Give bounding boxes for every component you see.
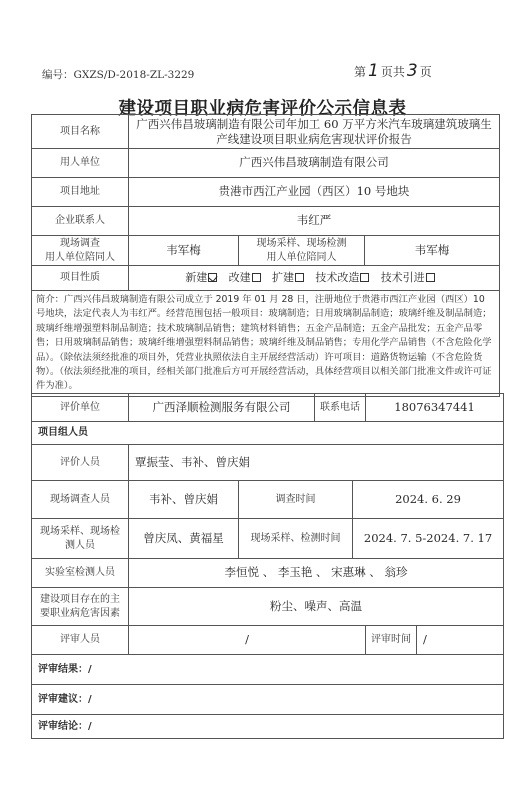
checkbox-checked-icon[interactable] [208, 273, 217, 282]
option-tech-upgrade[interactable]: 技术改造 [315, 271, 369, 286]
escort-label-line1: 现场调查 [35, 237, 125, 251]
page-total: 3 [407, 61, 418, 81]
checkbox-empty-icon[interactable] [295, 273, 304, 282]
option-tech-import[interactable]: 技术引进 [381, 271, 435, 286]
nature-label: 项目性质 [32, 266, 129, 291]
address-label: 项目地址 [32, 178, 129, 207]
page-mid: 页共 [381, 65, 405, 79]
row-lab: 实验室检测人员 李恒悦 、 李玉艳 、 宋惠琳 、 翁珍 [32, 559, 504, 588]
sampling-escort-value: 韦军梅 [365, 236, 500, 266]
row-evaluators: 评价人员 覃振莹、韦补、曾庆娟 [32, 445, 504, 481]
page-current: 1 [368, 61, 379, 81]
address-value: 贵港市西江产业园（西区）10 号地块 [129, 178, 500, 207]
team-header: 项目组人员 [32, 422, 504, 445]
evaluator-value: 广西泽顺检测服务有限公司 [129, 394, 315, 422]
phone-value: 18076347441 [366, 394, 504, 422]
evaluators-value: 覃振莹、韦补、曾庆娟 [129, 445, 504, 481]
project-name-value: 广西兴伟昌玻璃制造有限公司年加工 60 万平方米汽车玻璃建筑玻璃生产线建设项目职… [129, 115, 500, 149]
survey-value: 韦补、曾庆娟 [129, 481, 239, 519]
row-project-name: 项目名称 广西兴伟昌玻璃制造有限公司年加工 60 万平方米汽车玻璃建筑玻璃生产线… [32, 115, 500, 149]
review-time-label: 评审时间 [366, 626, 417, 655]
project-name-label: 项目名称 [32, 115, 129, 149]
info-table-upper: 项目名称 广西兴伟昌玻璃制造有限公司年加工 60 万平方米汽车玻璃建筑玻璃生产线… [31, 114, 500, 397]
option-label: 扩建 [272, 271, 294, 284]
option-label: 改建 [229, 271, 251, 284]
nature-options: 新建 改建 扩建 技术改造 技术引进 [129, 266, 500, 291]
review-result: 评审结果：/ [32, 655, 504, 685]
sampling-escort-label-line2: 用人单位陪同人 [242, 251, 361, 265]
row-contact: 企业联系人 韦红严 [32, 207, 500, 236]
checkbox-empty-icon[interactable] [426, 273, 435, 282]
row-team-header: 项目组人员 [32, 422, 504, 445]
row-survey: 现场调查人员 韦补、曾庆娟 调查时间 2024. 6. 29 [32, 481, 504, 519]
option-label: 技术引进 [381, 271, 425, 284]
hazards-label-line2: 要职业病危害因素 [35, 607, 125, 621]
checkbox-empty-icon[interactable] [360, 273, 369, 282]
option-label: 技术改造 [315, 271, 359, 284]
sampling-escort-label-line1: 现场采样、现场检测 [242, 237, 361, 251]
sampling-escort-label: 现场采样、现场检测 用人单位陪同人 [239, 236, 365, 266]
escort-label: 现场调查 用人单位陪同人 [32, 236, 129, 266]
row-hazards: 建设项目存在的主 要职业病危害因素 粉尘、噪声、高温 [32, 588, 504, 626]
document-number-value: GXZS/D-2018-ZL-3229 [74, 69, 195, 81]
company-intro: 简介：广西兴伟昌玻璃制造有限公司成立于 2019 年 01 月 28 日，注册地… [32, 291, 500, 397]
escort-label-line2: 用人单位陪同人 [35, 251, 125, 265]
lab-label: 实验室检测人员 [32, 559, 129, 588]
row-evaluator: 评价单位 广西泽顺检测服务有限公司 联系电话 18076347441 [32, 394, 504, 422]
contact-value: 韦红严 [129, 207, 500, 236]
hazards-label: 建设项目存在的主 要职业病危害因素 [32, 588, 129, 626]
reviewer-value: / [129, 626, 366, 655]
option-new-build[interactable]: 新建 [185, 271, 217, 286]
info-table-lower: 评价单位 广西泽顺检测服务有限公司 联系电话 18076347441 项目组人员… [31, 393, 504, 739]
sampling-label-line1: 现场采样、现场检 [35, 525, 125, 539]
review-advice: 评审建议：/ [32, 685, 504, 715]
row-review-conclusion: 评审结论：/ [32, 715, 504, 739]
survey-time-value: 2024. 6. 29 [353, 481, 504, 519]
sampling-value: 曾庆凤、黄福星 [129, 519, 239, 559]
evaluator-label: 评价单位 [32, 394, 129, 422]
lab-value: 李恒悦 、 李玉艳 、 宋惠琳 、 翁珍 [129, 559, 504, 588]
document-number-label: 编号： [42, 69, 74, 81]
document-number: 编号：GXZS/D-2018-ZL-3229 [42, 67, 194, 82]
employer-label: 用人单位 [32, 149, 129, 178]
row-nature: 项目性质 新建 改建 扩建 技术改造 技术引进 [32, 266, 500, 291]
reviewer-label: 评审人员 [32, 626, 129, 655]
sampling-time-value: 2024. 7. 5-2024. 7. 17 [353, 519, 504, 559]
row-intro: 简介：广西兴伟昌玻璃制造有限公司成立于 2019 年 01 月 28 日，注册地… [32, 291, 500, 397]
survey-time-label: 调查时间 [239, 481, 353, 519]
review-conclusion: 评审结论：/ [32, 715, 504, 739]
sampling-label: 现场采样、现场检 测人员 [32, 519, 129, 559]
hazards-value: 粉尘、噪声、高温 [129, 588, 504, 626]
row-review-result: 评审结果：/ [32, 655, 504, 685]
page-indicator: 第1页共3页 [354, 61, 432, 81]
option-label: 新建 [185, 271, 207, 284]
sampling-label-line2: 测人员 [35, 539, 125, 553]
evaluators-label: 评价人员 [32, 445, 129, 481]
option-expand[interactable]: 扩建 [272, 271, 304, 286]
phone-label: 联系电话 [315, 394, 366, 422]
employer-value: 广西兴伟昌玻璃制造有限公司 [129, 149, 500, 178]
escort-value: 韦军梅 [129, 236, 239, 266]
option-rebuild[interactable]: 改建 [229, 271, 261, 286]
page-prefix: 第 [354, 65, 366, 79]
hazards-label-line1: 建设项目存在的主 [35, 593, 125, 607]
review-time-value: / [417, 626, 504, 655]
row-reviewer: 评审人员 / 评审时间 / [32, 626, 504, 655]
row-address: 项目地址 贵港市西江产业园（西区）10 号地块 [32, 178, 500, 207]
survey-label: 现场调查人员 [32, 481, 129, 519]
row-sampling: 现场采样、现场检 测人员 曾庆凤、黄福星 现场采样、检测时间 2024. 7. … [32, 519, 504, 559]
row-employer: 用人单位 广西兴伟昌玻璃制造有限公司 [32, 149, 500, 178]
sampling-time-label: 现场采样、检测时间 [239, 519, 353, 559]
page-suffix: 页 [420, 65, 432, 79]
row-review-advice: 评审建议：/ [32, 685, 504, 715]
contact-label: 企业联系人 [32, 207, 129, 236]
checkbox-empty-icon[interactable] [252, 273, 261, 282]
row-escort: 现场调查 用人单位陪同人 韦军梅 现场采样、现场检测 用人单位陪同人 韦军梅 [32, 236, 500, 266]
